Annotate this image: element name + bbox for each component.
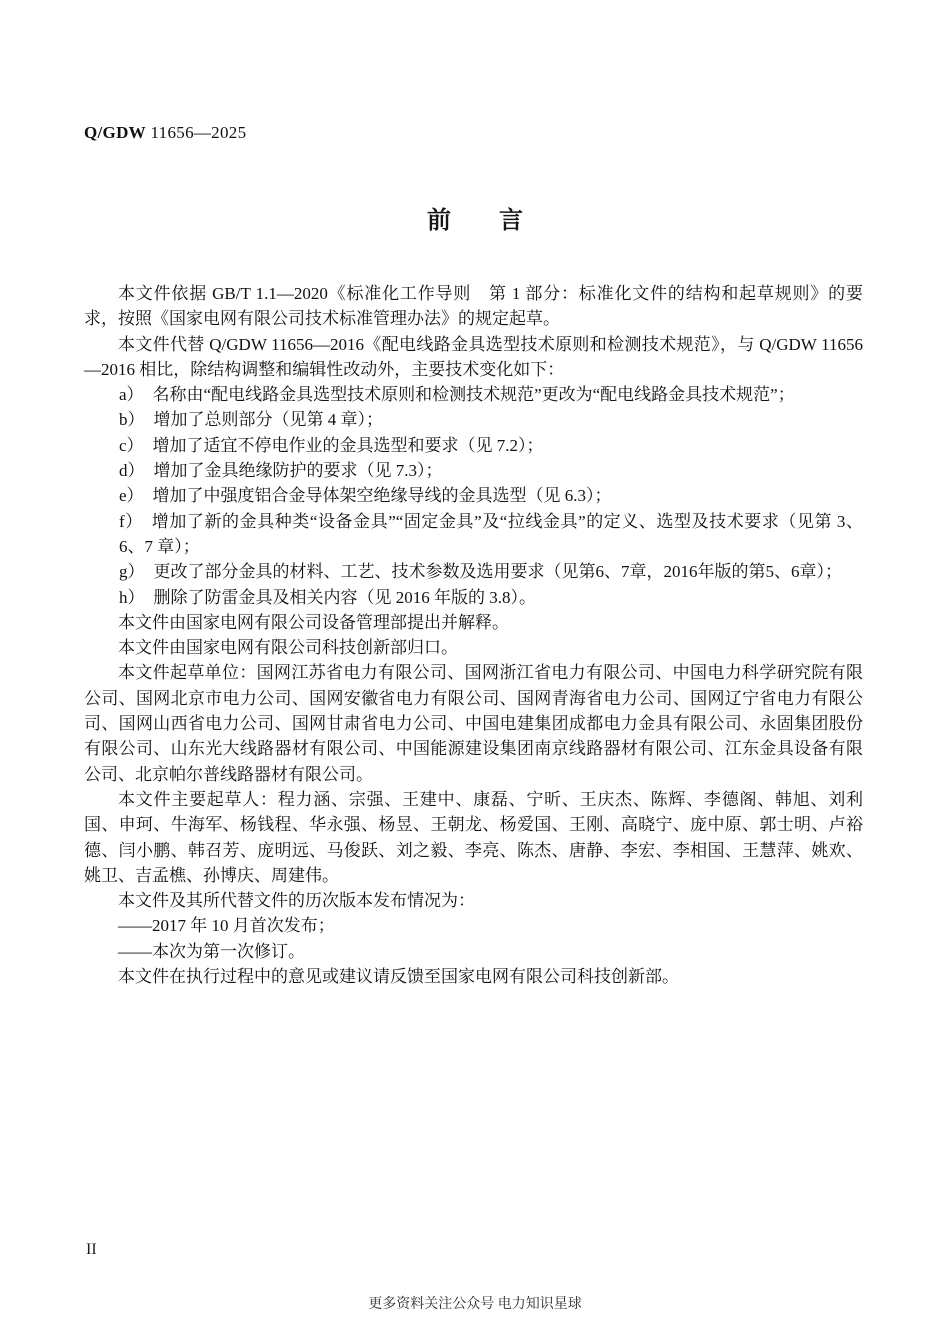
change-item-text: 增加了新的金具种类“设备金具”“固定金具”及“拉线金具”的定义、选型及技术要求（… <box>119 512 863 556</box>
change-item-text: 删除了防雷金具及相关内容（见 2016 年版的 3.8）。 <box>154 588 537 607</box>
change-item-marker: g） <box>119 562 145 581</box>
change-item: h）删除了防雷金具及相关内容（见 2016 年版的 3.8）。 <box>84 585 863 610</box>
change-item-text: 增加了适宜不停电作业的金具选型和要求（见 7.2）； <box>153 436 544 455</box>
drafters-paragraph: 本文件主要起草人：程力涵、宗强、王建中、康磊、宁昕、王庆杰、陈辉、李德阁、韩旭、… <box>84 787 863 888</box>
document-body: 本文件依据 GB/T 1.1—2020《标准化工作导则 第 1 部分：标准化文件… <box>84 281 863 989</box>
change-item-marker: c） <box>119 436 144 455</box>
statement-paragraph: 本文件及其所代替文件的历次版本发布情况为： <box>84 888 863 913</box>
statement-paragraph: 本文件由国家电网有限公司科技创新部归口。 <box>84 635 863 660</box>
change-item-text: 增加了总则部分（见第 4 章）； <box>154 410 384 429</box>
closing-paragraph: 本文件在执行过程中的意见或建议请反馈至国家电网有限公司科技创新部。 <box>84 964 863 989</box>
change-item: a）名称由“配电线路金具选型技术原则和检测技术规范”更改为“配电线路金具技术规范… <box>84 382 863 407</box>
doc-code: Q/GDW 11656—2025 <box>84 123 246 143</box>
document-page: Q/GDW 11656—2025 前 言 本文件依据 GB/T 1.1—2020… <box>0 0 950 1344</box>
change-item: d）增加了金具绝缘防护的要求（见 7.3）； <box>84 458 863 483</box>
change-item-text: 增加了金具绝缘防护的要求（见 7.3）； <box>154 461 443 480</box>
change-item-marker: h） <box>119 588 145 607</box>
change-item-text: 更改了部分金具的材料、工艺、技术参数及选用要求（见第6、7章，2016年版的第5… <box>154 562 843 581</box>
history-item: ——本次为第一次修订。 <box>84 939 863 964</box>
change-item-marker: a） <box>119 385 144 404</box>
doc-code-prefix: Q/GDW <box>84 123 146 142</box>
change-item-marker: d） <box>119 461 145 480</box>
change-item: c）增加了适宜不停电作业的金具选型和要求（见 7.2）； <box>84 433 863 458</box>
change-item-marker: b） <box>119 410 145 429</box>
page-number: II <box>86 1241 97 1259</box>
footer-note: 更多资料关注公众号 电力知识星球 <box>0 1293 950 1313</box>
change-item-text: 增加了中强度铝合金导体架空绝缘导线的金具选型（见 6.3）； <box>153 486 612 505</box>
intro-paragraph: 本文件依据 GB/T 1.1—2020《标准化工作导则 第 1 部分：标准化文件… <box>84 281 863 332</box>
drafting-organizations-paragraph: 本文件起草单位：国网江苏省电力有限公司、国网浙江省电力有限公司、中国电力科学研究… <box>84 660 863 786</box>
history-item: ——2017 年 10 月首次发布； <box>84 913 863 938</box>
change-item-marker: e） <box>119 486 144 505</box>
change-item-marker: f） <box>119 512 143 531</box>
change-item: b）增加了总则部分（见第 4 章）； <box>84 407 863 432</box>
page-title: 前 言 <box>0 200 950 235</box>
intro-paragraph: 本文件代替 Q/GDW 11656—2016《配电线路金具选型技术原则和检测技术… <box>84 332 863 383</box>
change-item: e）增加了中强度铝合金导体架空绝缘导线的金具选型（见 6.3）； <box>84 483 863 508</box>
change-item-text: 名称由“配电线路金具选型技术原则和检测技术规范”更改为“配电线路金具技术规范”； <box>153 385 795 404</box>
changes-list: a）名称由“配电线路金具选型技术原则和检测技术规范”更改为“配电线路金具技术规范… <box>84 382 863 610</box>
change-item: f）增加了新的金具种类“设备金具”“固定金具”及“拉线金具”的定义、选型及技术要… <box>84 509 863 560</box>
doc-code-number: 11656—2025 <box>151 123 247 142</box>
statement-paragraph: 本文件由国家电网有限公司设备管理部提出并解释。 <box>84 610 863 635</box>
change-item: g）更改了部分金具的材料、工艺、技术参数及选用要求（见第6、7章，2016年版的… <box>84 559 863 584</box>
